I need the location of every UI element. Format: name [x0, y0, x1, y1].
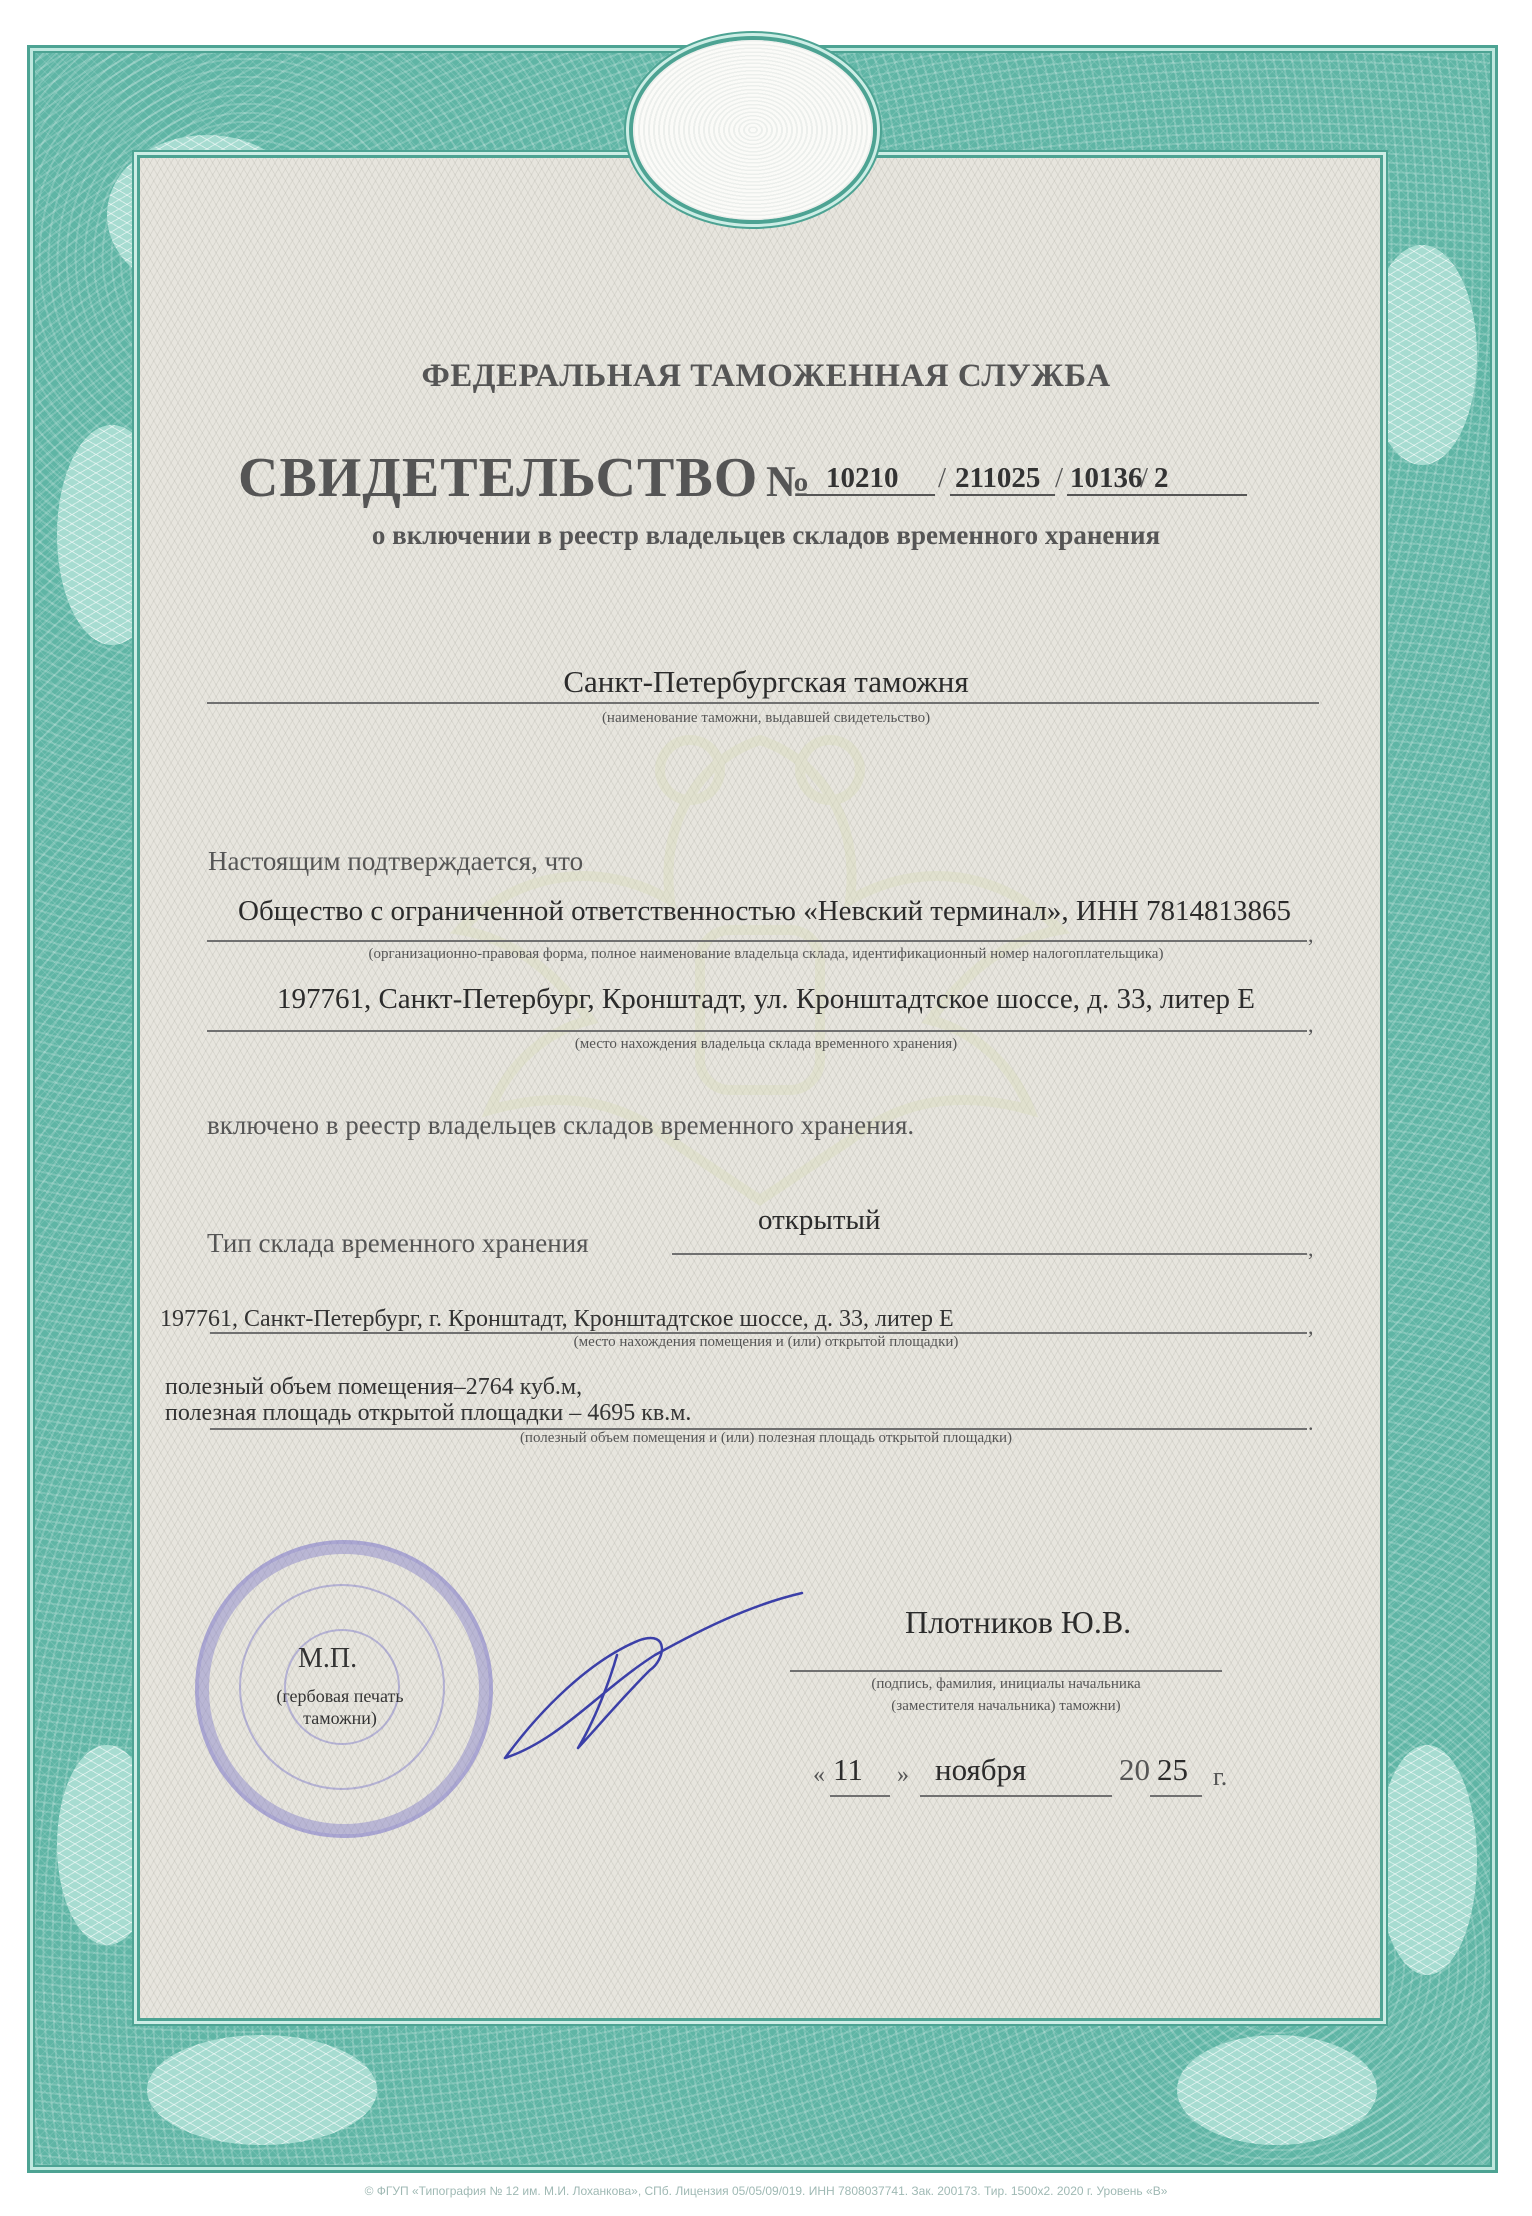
owner-name: Общество с ограниченной ответственностью… — [238, 895, 1291, 928]
certificate-number-part-1: 10210 — [826, 462, 899, 495]
agency-name: ФЕДЕРАЛЬНАЯ ТАМОЖЕННАЯ СЛУЖБА — [0, 358, 1532, 395]
comma: , — [1308, 1236, 1314, 1262]
number-separator: / — [938, 462, 946, 495]
signature-caption-line1: (подпись, фамилия, инициалы начальника — [790, 1676, 1222, 1693]
owner-address: 197761, Санкт-Петербург, Кронштадт, ул. … — [0, 983, 1532, 1016]
date-year-label: г. — [1213, 1762, 1227, 1792]
date-month: ноября — [935, 1752, 1026, 1788]
handwritten-signature-icon — [480, 1560, 820, 1820]
warehouse-capacity-caption: (полезный объем помещения и (или) полезн… — [0, 1430, 1532, 1447]
frame-ornament — [147, 2035, 377, 2145]
comma: , — [1308, 1012, 1314, 1038]
customs-name-underline — [207, 702, 1319, 704]
date-day-underline — [830, 1795, 890, 1797]
warehouse-type-value: открытый — [758, 1204, 881, 1237]
certificate-number-part-3: 10136 — [1070, 462, 1143, 495]
owner-name-caption: (организационно-правовая форма, полное н… — [0, 946, 1532, 963]
signature-caption-line2: (заместителя начальника) таможни) — [790, 1698, 1222, 1715]
number-separator: / — [1055, 462, 1063, 495]
customs-name-caption: (наименование таможни, выдавшей свидетел… — [0, 710, 1532, 727]
certificate-subtitle: о включении в реестр владельцев складов … — [0, 520, 1532, 551]
certificate-title: СВИДЕТЕЛЬСТВО — [238, 446, 758, 510]
warehouse-location-caption: (место нахождения помещения и (или) откр… — [0, 1334, 1532, 1351]
warehouse-type-label: Тип склада временного хранения — [207, 1228, 589, 1259]
warehouse-type-underline — [672, 1253, 1307, 1255]
watermark-oval — [633, 40, 873, 220]
seal-placeholder-caption: (гербовая печать таможни) — [240, 1685, 440, 1729]
warehouse-area: полезная площадь открытой площадки – 469… — [165, 1400, 691, 1427]
printer-imprint: © ФГУП «Типография № 12 им. М.И. Лоханко… — [0, 2184, 1532, 2198]
certificate-number-part-2: 211025 — [955, 462, 1040, 495]
confirmation-intro: Настоящим подтверждается, что — [208, 846, 583, 877]
owner-name-underline — [207, 940, 1307, 942]
registry-inclusion-text: включено в реестр владельцев складов вре… — [207, 1110, 914, 1141]
frame-ornament — [1377, 1745, 1477, 1975]
date-month-underline — [920, 1795, 1112, 1797]
owner-address-caption: (место нахождения владельца склада време… — [0, 1036, 1532, 1053]
date-year-suffix: 25 — [1157, 1752, 1188, 1788]
frame-ornament — [1177, 2035, 1377, 2145]
signature-underline — [790, 1670, 1222, 1672]
date-year-prefix: 20 — [1119, 1752, 1150, 1788]
date-year-underline — [1150, 1795, 1202, 1797]
owner-address-underline — [207, 1030, 1307, 1032]
date-day: 11 — [833, 1752, 863, 1788]
seal-placeholder-label: М.П. — [298, 1643, 357, 1675]
frame-ornament — [1367, 245, 1477, 465]
comma: , — [1308, 922, 1314, 948]
date-close-quote: » — [897, 1762, 909, 1789]
signatory-name: Плотников Ю.В. — [905, 1604, 1131, 1641]
customs-name: Санкт-Петербургская таможня — [0, 664, 1532, 700]
certificate-number-part-4: 2 — [1154, 462, 1169, 495]
number-sign: № — [766, 456, 810, 507]
warehouse-location: 197761, Санкт-Петербург, г. Кронштадт, К… — [160, 1306, 954, 1333]
warehouse-volume: полезный объем помещения–2764 куб.м, — [165, 1374, 582, 1401]
number-separator: / — [1140, 462, 1148, 495]
date-open-quote: « — [813, 1762, 825, 1789]
